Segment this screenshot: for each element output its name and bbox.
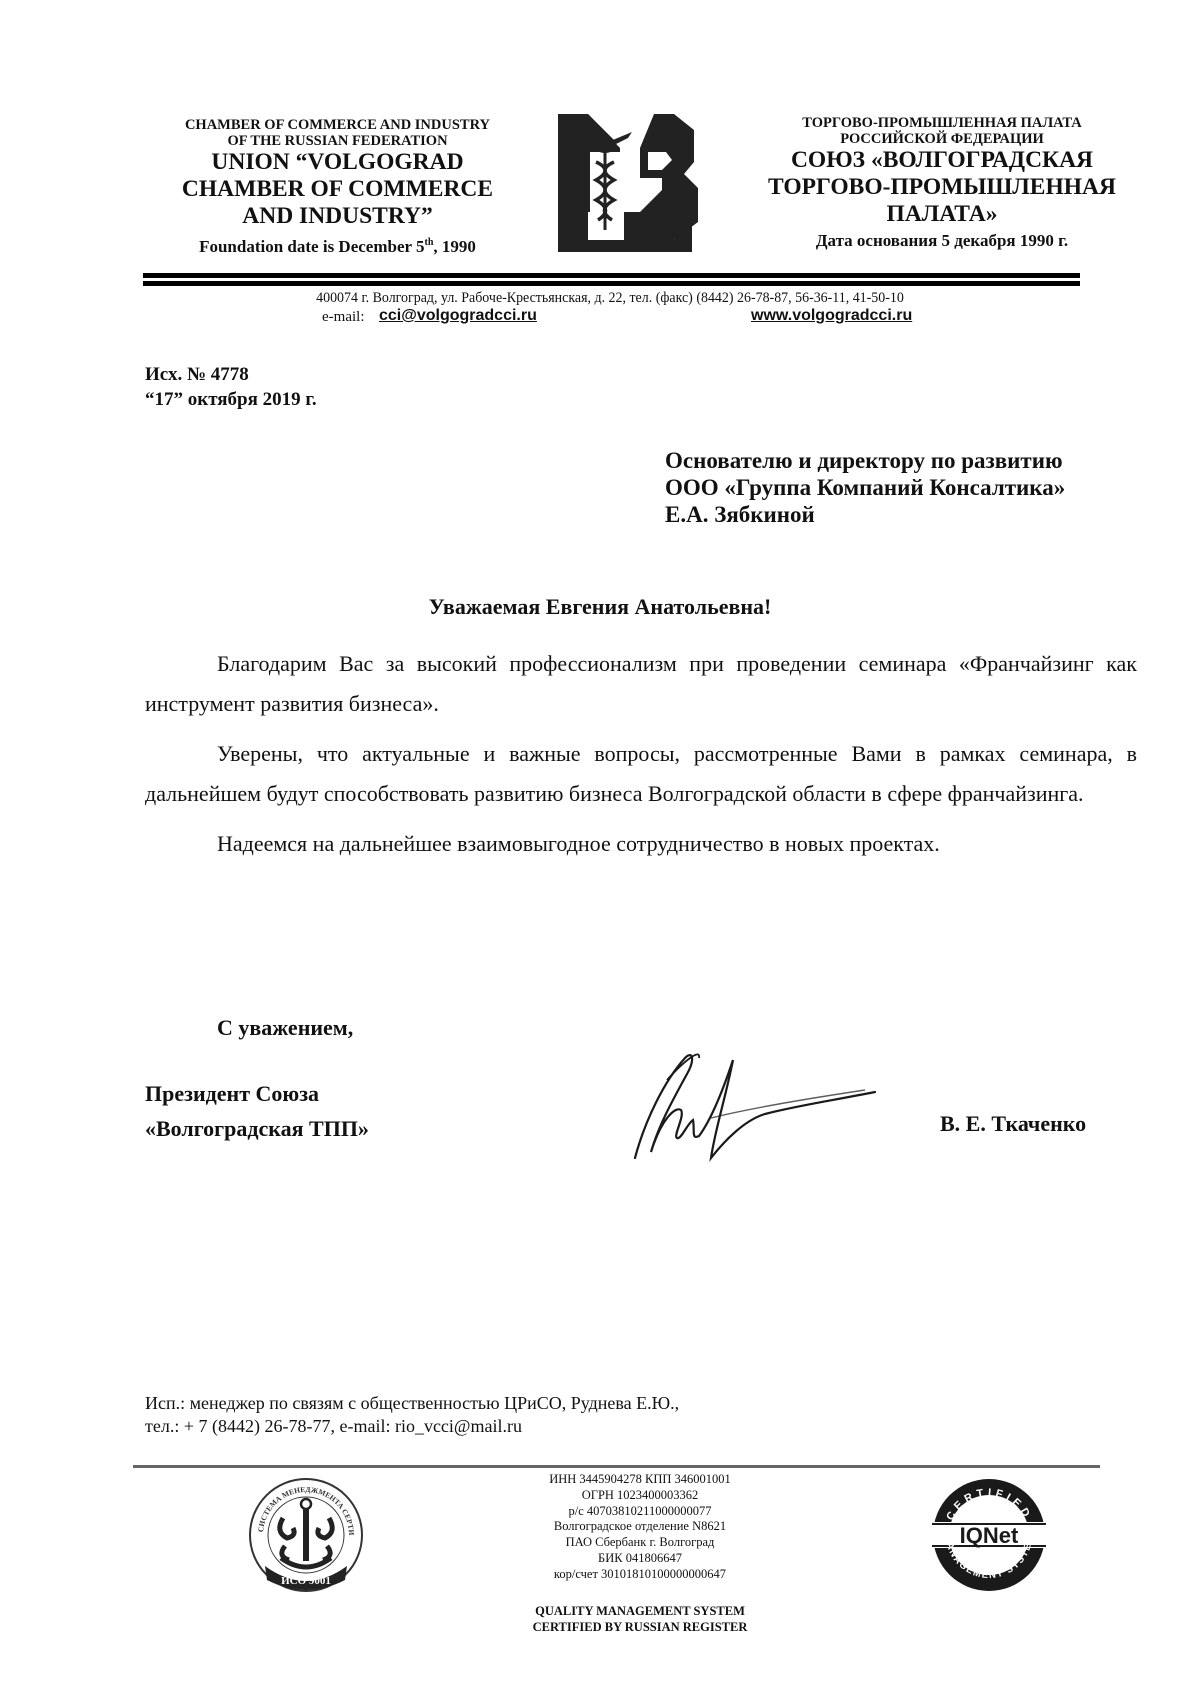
email-link[interactable]: cci@volgogradcci.ru <box>379 307 537 325</box>
header-ru-line1: ТОРГОВО-ПРОМЫШЛЕННАЯ ПАЛАТА <box>752 115 1132 131</box>
executor-info: Исп.: менеджер по связям с общественност… <box>145 1392 679 1438</box>
footer-divider <box>133 1465 1100 1468</box>
executor-line1: Исп.: менеджер по связям с общественност… <box>145 1392 679 1415</box>
qms-line2: CERTIFIED BY RUSSIAN REGISTER <box>470 1619 810 1635</box>
header-en-line2: OF THE RUSSIAN FEDERATION <box>160 133 515 149</box>
header-ru-foundation-date: Дата основания 5 декабря 1990 г. <box>752 230 1132 252</box>
executor-line2: тел.: + 7 (8442) 26-78-77, e-mail: rio_v… <box>145 1415 679 1438</box>
signatory-title: Президент Союза «Волгоградская ТПП» <box>145 1076 369 1146</box>
svg-text:ИСО 9001: ИСО 9001 <box>281 1575 331 1587</box>
qms-certification: QUALITY MANAGEMENT SYSTEM CERTIFIED BY R… <box>470 1603 810 1635</box>
recipient-line2: ООО «Группа Компаний Консалтика» <box>665 474 1065 501</box>
header-divider-bottom <box>143 281 1080 286</box>
salutation: Уважаемая Евгения Анатольевна! <box>0 594 1200 620</box>
header-en-line1: CHAMBER OF COMMERCE AND INDUSTRY <box>160 117 515 133</box>
email-label: e-mail: <box>322 309 364 326</box>
website-link[interactable]: www.volgogradcci.ru <box>751 307 912 325</box>
recipient-line3: Е.А. Зябкиной <box>665 501 1065 528</box>
svg-text:IQNet: IQNet <box>960 1523 1019 1548</box>
date-suffix: , 1990 <box>433 237 476 256</box>
outgoing-reference: Исх. № 4778 “17” октября 2019 г. <box>145 362 317 412</box>
header-en-line4: CHAMBER OF COMMERCE <box>160 176 515 203</box>
signatory-title-line1: Президент Союза <box>145 1076 369 1111</box>
qms-line1: QUALITY MANAGEMENT SYSTEM <box>470 1603 810 1619</box>
header-ru-line5: ПАЛАТА» <box>752 201 1132 228</box>
bank-bik: БИК 041806647 <box>490 1551 790 1567</box>
bank-inn-kpp: ИНН 3445904278 КПП 346001001 <box>490 1472 790 1488</box>
header-russian: ТОРГОВО-ПРОМЫШЛЕННАЯ ПАЛАТА РОССИЙСКОЙ Ф… <box>752 115 1132 252</box>
closing: С уважением, <box>217 1015 353 1041</box>
recipient-block: Основателю и директору по развитию ООО «… <box>665 447 1065 528</box>
reference-number: Исх. № 4778 <box>145 362 317 387</box>
signatory-title-line2: «Волгоградская ТПП» <box>145 1111 369 1146</box>
header-ru-line2: РОССИЙСКОЙ ФЕДЕРАЦИИ <box>752 131 1132 147</box>
volgograd-cci-logo-icon <box>558 112 704 252</box>
recipient-line1: Основателю и директору по развитию <box>665 447 1065 474</box>
handwritten-signature-icon <box>615 1040 905 1170</box>
letter-body: Благодарим Вас за высокий профессионализ… <box>145 644 1137 874</box>
signatory-name: В. Е. Ткаченко <box>940 1111 1086 1137</box>
body-paragraph: Благодарим Вас за высокий профессионализ… <box>145 644 1137 724</box>
header-ru-line3: СОЮЗ «ВОЛГОГРАДСКАЯ <box>752 147 1132 174</box>
address-line: 400074 г. Волгоград, ул. Рабоче-Крестьян… <box>173 290 1047 307</box>
reference-date: “17” октября 2019 г. <box>145 387 317 412</box>
header-divider-top <box>143 273 1080 278</box>
body-paragraph: Уверены, что актуальные и важные вопросы… <box>145 734 1137 814</box>
iqnet-certified-seal-icon: CERTIFIED IQNet MANAGEMENT SYSTEM <box>930 1476 1048 1594</box>
header-en-line5: AND INDUSTRY” <box>160 203 515 230</box>
bank-branch: Волгоградское отделение N8621 <box>490 1519 790 1535</box>
header-ru-line4: ТОРГОВО-ПРОМЫШЛЕННАЯ <box>752 174 1132 201</box>
bank-details: ИНН 3445904278 КПП 346001001 ОГРН 102340… <box>490 1472 790 1583</box>
bank-name: ПАО Сбербанк г. Волгоград <box>490 1535 790 1551</box>
header-en-line3: UNION “VOLGOGRAD <box>160 149 515 176</box>
header-en-foundation-date: Foundation date is December 5th, 1990 <box>160 232 515 258</box>
bank-corr-account: кор/счет 30101810100000000647 <box>490 1567 790 1583</box>
date-prefix: Foundation date is December 5 <box>199 237 424 256</box>
bank-ogrn: ОГРН 1023400003362 <box>490 1488 790 1504</box>
body-paragraph: Надеемся на дальнейшее взаимовыгодное со… <box>145 824 1137 864</box>
iso-9001-seal-icon: СИСТЕМА МЕНЕДЖМЕНТА СЕРТИФИЦИРОВАНА ИСО … <box>247 1476 365 1594</box>
header-english: CHAMBER OF COMMERCE AND INDUSTRY OF THE … <box>160 117 515 258</box>
bank-account: р/с 40703810211000000077 <box>490 1504 790 1520</box>
